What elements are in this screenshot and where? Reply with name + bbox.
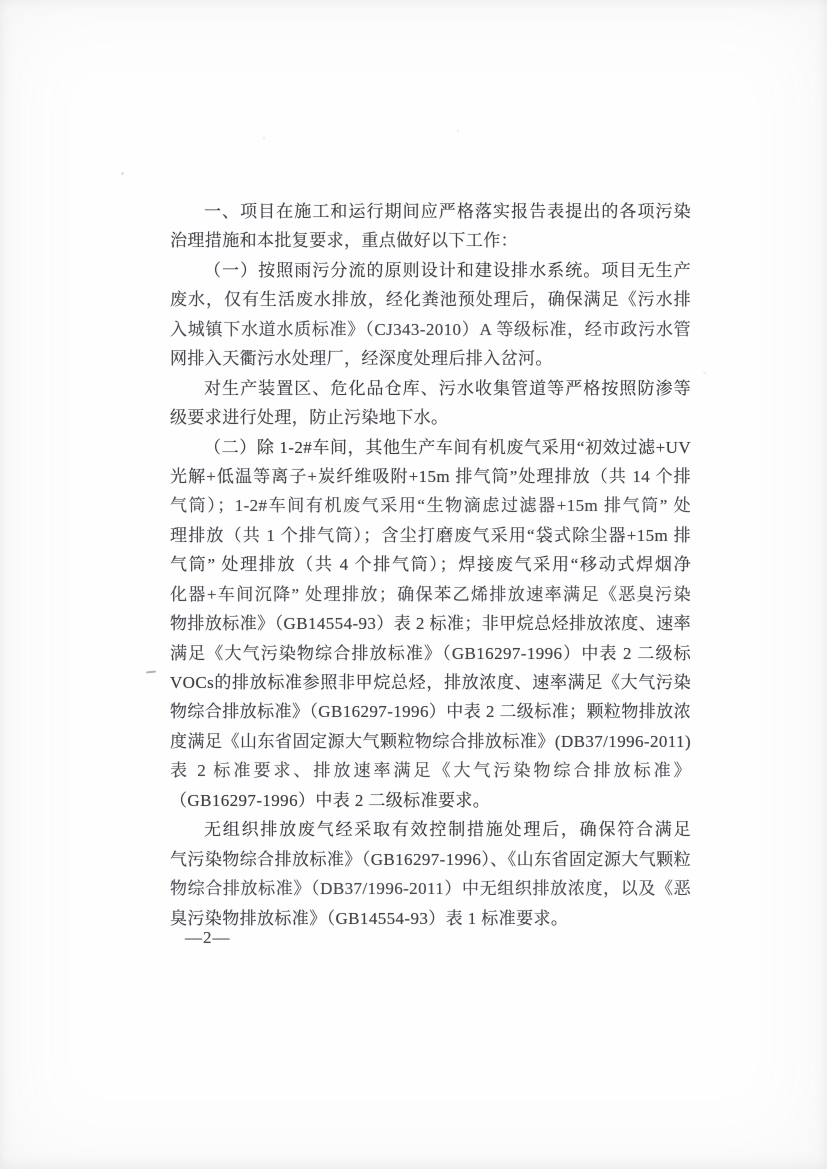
text-line: 气污染物综合排放标准》（GB16297-1996）、《山东省固定源大气颗粒 [170, 845, 691, 874]
page-number: —2— [185, 928, 231, 948]
text-line: 无组织排放废气经采取有效控制措施处理后，确保符合满足《大 [170, 815, 691, 844]
text-line: 网排入天衢污水处理厂，经深度处理后排入岔河。 [170, 344, 691, 373]
text-line: 臭污染物排放标准》（GB14554-93）表 1 标准要求。 [170, 904, 691, 933]
text-line: 满足《大气污染物综合排放标准》（GB16297-1996）中表 2 二级标准； [170, 639, 691, 668]
text-line: 级要求进行处理，防止污染地下水。 [170, 403, 691, 432]
paragraph-item-2-waste-gas: （二）除 1-2#车间，其他生产车间有机废气采用“初效过滤+UV 光解+低温等离… [170, 433, 691, 816]
paragraph-seepage-control: 对生产装置区、危化品仓库、污水收集管道等严格按照防渗等 级要求进行处理，防止污染… [170, 374, 691, 433]
pen-mark-dash [146, 670, 156, 673]
scan-speck [457, 130, 459, 132]
text-line: 光解+低温等离子+炭纤维吸附+15m 排气筒”处理排放（共 14 个排 [170, 462, 691, 491]
paragraph-item-1-wastewater: （一）按照雨污分流的原则设计和建设排水系统。项目无生产 废水，仅有生活废水排放，… [170, 256, 691, 374]
text-line: 物综合排放标准》（GB16297-1996）中表 2 二级标准；颗粒物排放浓 [170, 697, 691, 726]
text-line: 治理措施和本批复要求，重点做好以下工作： [170, 226, 691, 255]
scan-speck [703, 372, 706, 374]
text-line: 物排放标准》（GB14554-93）表 2 标准；非甲烷总烃排放浓度、速率 [170, 609, 691, 638]
text-line: 气筒）；1-2#车间有机废气采用“生物滴虑过滤器+15m 排气筒” 处 [170, 491, 691, 520]
document-page: 一、项目在施工和运行期间应严格落实报告表提出的各项污染 治理措施和本批复要求，重… [0, 0, 827, 1169]
text-line: 一、项目在施工和运行期间应严格落实报告表提出的各项污染 [170, 197, 691, 226]
text-line: VOCs的排放标准参照非甲烷总烃，排放浓度、速率满足《大气污染 [170, 668, 691, 697]
paragraph-intro: 一、项目在施工和运行期间应严格落实报告表提出的各项污染 治理措施和本批复要求，重… [170, 197, 691, 256]
text-line: 入城镇下水道水质标准》（CJ343-2010）A 等级标准，经市政污水管 [170, 315, 691, 344]
text-line: （一）按照雨污分流的原则设计和建设排水系统。项目无生产 [170, 256, 691, 285]
document-body-text: 一、项目在施工和运行期间应严格落实报告表提出的各项污染 治理措施和本批复要求，重… [170, 197, 691, 933]
text-line: 理排放（共 1 个排气筒）；含尘打磨废气采用“袋式除尘器+15m 排 [170, 521, 691, 550]
scan-speck [121, 172, 124, 175]
text-line: 废水，仅有生活废水排放，经化粪池预处理后，确保满足《污水排 [170, 285, 691, 314]
text-line: 物综合排放标准》（DB37/1996-2011）中无组织排放浓度，以及《恶 [170, 874, 691, 903]
text-line: （二）除 1-2#车间，其他生产车间有机废气采用“初效过滤+UV [170, 433, 691, 462]
text-line: （GB16297-1996）中表 2 二级标准要求。 [170, 786, 691, 815]
paragraph-fugitive-emissions: 无组织排放废气经采取有效控制措施处理后，确保符合满足《大 气污染物综合排放标准》… [170, 815, 691, 933]
text-line: 对生产装置区、危化品仓库、污水收集管道等严格按照防渗等 [170, 374, 691, 403]
text-line: 表 2 标准要求、排放速率满足《大气污染物综合排放标准》 [170, 756, 691, 785]
scan-speck [263, 137, 265, 139]
text-line: 化器+车间沉降” 处理排放；确保苯乙烯排放速率满足《恶臭污染 [170, 580, 691, 609]
text-line: 度满足《山东省固定源大气颗粒物综合排放标准》(DB37/1996-2011) [170, 727, 691, 756]
text-line: 气筒” 处理排放（共 4 个排气筒）；焊接废气采用“移动式焊烟净 [170, 550, 691, 579]
